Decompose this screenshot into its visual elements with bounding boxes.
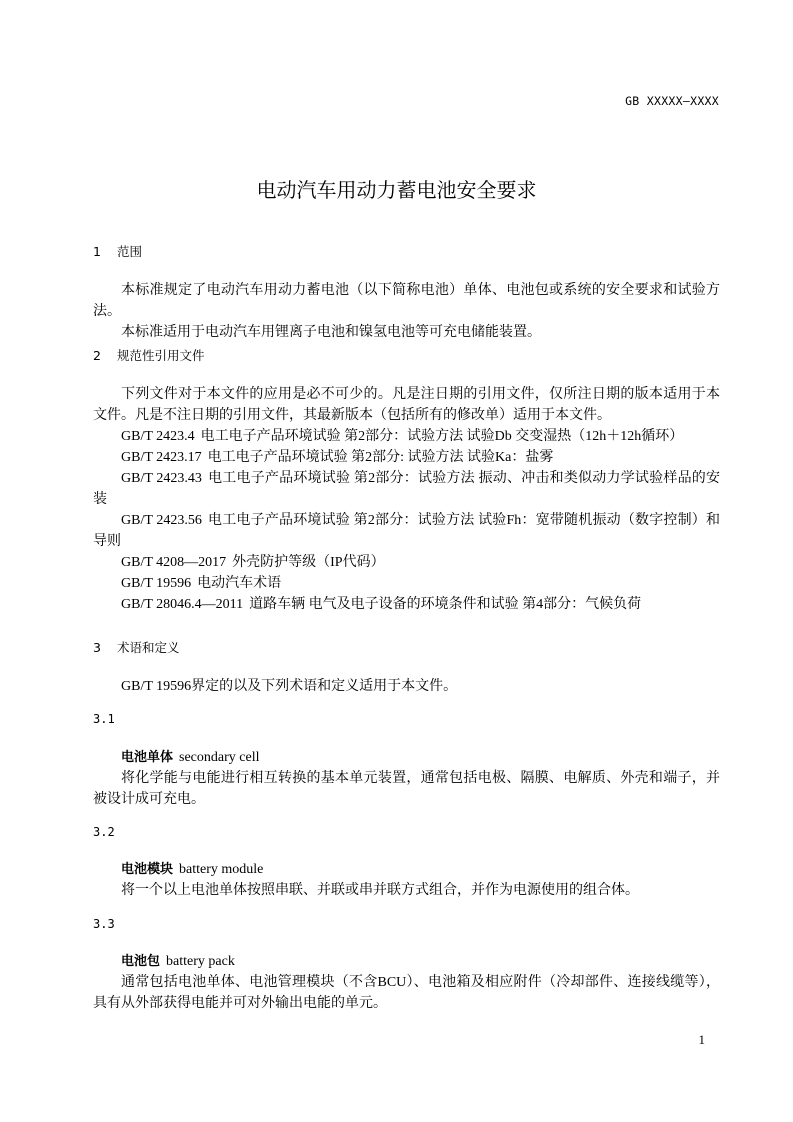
term-heading: 电池模块battery module [121,858,263,878]
term-definition: 将一个以上电池单体按照串联、并联或串并联方式组合，并作为电源使用的组合体。 [93,880,720,901]
paragraph: 本标准适用于电动汽车用锂离子电池和镍氢电池等可充电储能装置。 [93,322,720,343]
reference-title: 电工电子产品环境试验 第2部分: 试验方法 试验Ka：盐雾 [208,450,554,465]
reference-code: GB/T 2423.56 [121,513,202,528]
clause-number: 3.2 [93,825,115,839]
term-english: battery pack [166,954,235,969]
section-3-heading: 3术语和定义 [93,638,180,656]
reference-code: GB/T 2423.43 [121,471,202,486]
reference-item: GB/T 2423.17电工电子产品环境试验 第2部分: 试验方法 试验Ka：盐… [93,447,720,468]
reference-code: GB/T 2423.4 [121,429,195,444]
term-heading: 电池单体secondary cell [121,746,259,766]
page-number: 1 [699,1032,706,1048]
section-3-intro: GB/T 19596界定的以及下列术语和定义适用于本文件。 [93,676,720,697]
paragraph: 将化学能与电能进行相互转换的基本单元装置，通常包括电极、隔膜、电解质、外壳和端子… [93,768,720,810]
section-1-body: 本标准规定了电动汽车用动力蓄电池（以下简称电池）单体、电池包或系统的安全要求和试… [93,280,720,343]
term-definition: 将化学能与电能进行相互转换的基本单元装置，通常包括电极、隔膜、电解质、外壳和端子… [93,768,720,810]
section-title: 规范性引用文件 [117,348,205,363]
reference-title: 道路车辆 电气及电子设备的环境条件和试验 第4部分：气候负荷 [249,597,641,612]
section-title: 术语和定义 [117,640,180,655]
reference-code: GB/T 19596 [121,576,191,591]
reference-item: GB/T 2423.43电工电子产品环境试验 第2部分：试验方法 振动、冲击和类… [93,468,720,510]
standard-code-header: GB XXXXX—XXXX [625,94,719,108]
section-number: 3 [93,640,117,655]
reference-code: GB/T 4208—2017 [121,555,226,570]
term-english: secondary cell [179,750,259,765]
reference-item: GB/T 2423.56电工电子产品环境试验 第2部分：试验方法 试验Fh：宽带… [93,510,720,552]
reference-code: GB/T 2423.17 [121,450,202,465]
section-number: 2 [93,348,117,363]
reference-title: 外壳防护等级（IP代码） [232,555,384,570]
term-chinese: 电池模块 [121,862,173,877]
paragraph: 通常包括电池单体、电池管理模块（不含BCU）、电池箱及相应附件（冷却部件、连接线… [93,972,720,1014]
reference-item: GB/T 2423.4电工电子产品环境试验 第2部分：试验方法 试验Db 交变湿… [93,426,720,447]
section-1-heading: 1范围 [93,242,142,260]
document-title: 电动汽车用动力蓄电池安全要求 [0,174,793,203]
paragraph: 本标准规定了电动汽车用动力蓄电池（以下简称电池）单体、电池包或系统的安全要求和试… [93,280,720,322]
reference-item: GB/T 4208—2017外壳防护等级（IP代码） [93,552,720,573]
section-2-heading: 2规范性引用文件 [93,346,205,364]
clause-number: 3.3 [93,917,115,931]
term-chinese: 电池包 [121,954,160,969]
reference-title: 电动汽车术语 [197,576,281,591]
reference-item: GB/T 19596电动汽车术语 [93,573,720,594]
clause-number: 3.1 [93,712,115,726]
document-page: GB XXXXX—XXXX 电动汽车用动力蓄电池安全要求 1范围 本标准规定了电… [0,0,793,1122]
paragraph: 下列文件对于本文件的应用是必不可少的。凡是注日期的引用文件，仅所注日期的版本适用… [93,384,720,426]
section-2-body: 下列文件对于本文件的应用是必不可少的。凡是注日期的引用文件，仅所注日期的版本适用… [93,384,720,615]
paragraph: 将一个以上电池单体按照串联、并联或串并联方式组合，并作为电源使用的组合体。 [93,880,720,901]
reference-title: 电工电子产品环境试验 第2部分：试验方法 试验Db 交变湿热（12h＋12h循环… [201,429,684,444]
reference-code: GB/T 28046.4—2011 [121,597,243,612]
section-title: 范围 [117,244,142,259]
term-definition: 通常包括电池单体、电池管理模块（不含BCU）、电池箱及相应附件（冷却部件、连接线… [93,972,720,1014]
term-chinese: 电池单体 [121,750,173,765]
term-heading: 电池包battery pack [121,950,235,970]
reference-item: GB/T 28046.4—2011道路车辆 电气及电子设备的环境条件和试验 第4… [93,594,720,615]
term-english: battery module [179,862,263,877]
paragraph: GB/T 19596界定的以及下列术语和定义适用于本文件。 [93,676,720,697]
section-number: 1 [93,244,117,259]
